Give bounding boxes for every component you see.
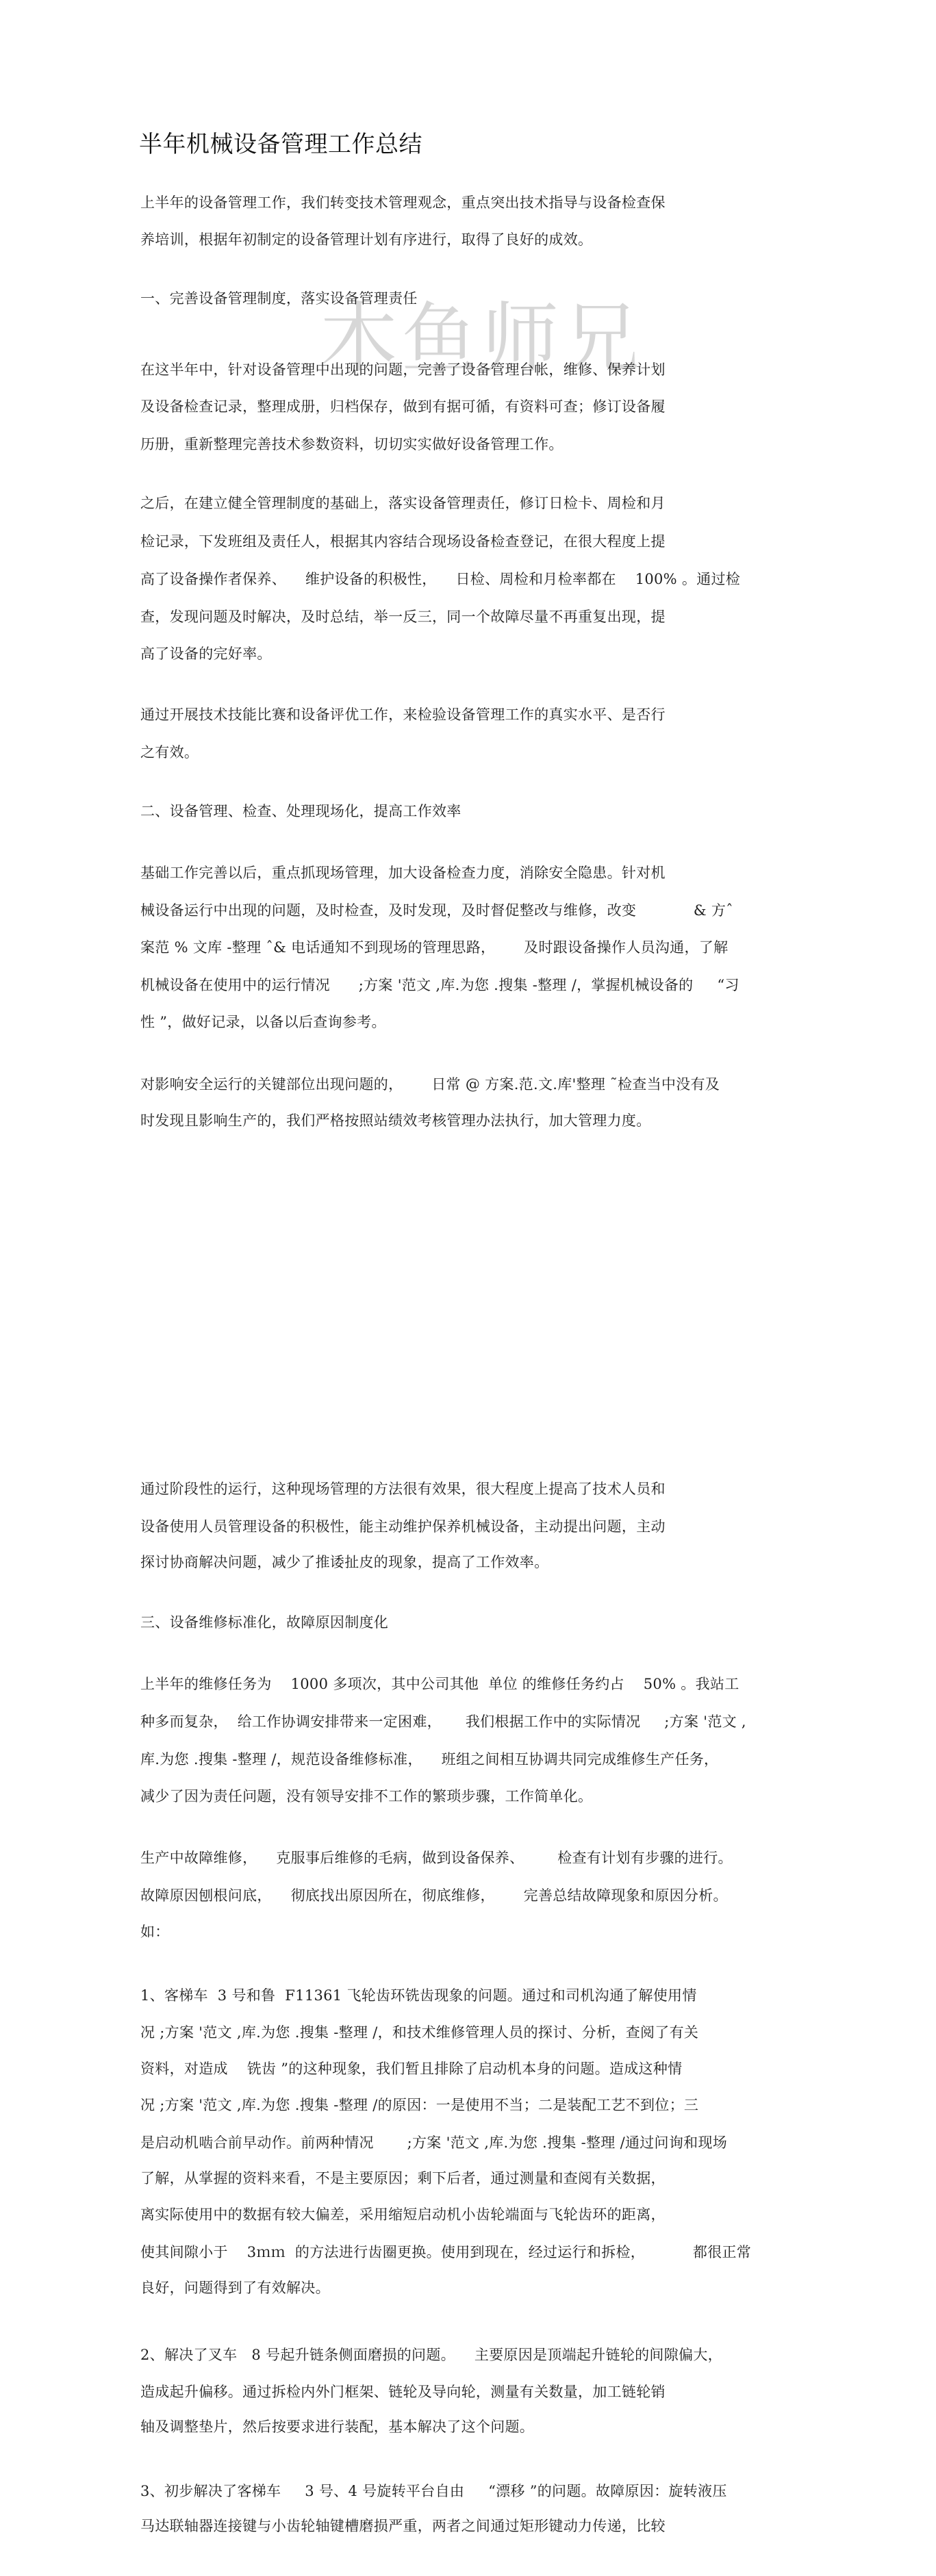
paragraph-6-line-2: 时发现且影响生产的，我们严格按照站绩效考核管理办法执行，加大管理力度。	[140, 1112, 651, 1130]
paragraph-7-line-1: 通过阶段性的运行，这种现场管理的方法很有效果，很大程度上提高了技术人员和	[140, 1480, 666, 1498]
paragraph-3-line-1: 之后，在建立健全管理制度的基础上，落实设备管理责任，修订日检卡、周检和月	[140, 494, 666, 512]
item-1-line-6: 了解，从掌握的资料来看，不是主要原因；剩下后者，通过测量和查阅有关数据，	[140, 2169, 666, 2187]
paragraph-8-line-4: 减少了因为责任问题，没有领导安排不工作的繁琐步骤，工作简单化。	[140, 1787, 592, 1805]
section-heading-3: 三、设备维修标准化，故障原因制度化	[140, 1614, 388, 1631]
paragraph-8-line-3: 库.为您 .搜集 -整理 /，规范设备维修标准， 班组之间相互协调共同完成维修生…	[140, 1750, 718, 1768]
item-1-line-9: 良好，问题得到了有效解决。	[140, 2279, 330, 2297]
paragraph-7-line-2: 设备使用人员管理设备的积极性，能主动维护保养机械设备，主动提出问题，主动	[140, 1518, 666, 1535]
item-1-line-7: 离实际使用中的数据有较大偏差，采用缩短启动机小齿轮端面与飞轮齿环的距离，	[140, 2206, 666, 2223]
paragraph-2-line-3: 历册，重新整理完善技术参数资料，切切实实做好设备管理工作。	[140, 435, 564, 453]
paragraph-3-line-3: 高了设备操作者保养、 维护设备的积极性， 日检、周检和月检率都在 100% 。通…	[140, 570, 740, 588]
paragraph-4-line-2: 之有效。	[140, 743, 199, 761]
item-2-line-2: 造成起升偏移。通过拆检内外门框架、链轮及导向轮，测量有关数量，加工链轮销	[140, 2383, 666, 2401]
paragraph-5-line-3: 案范 % 文库 -整理 ˆ& 电话通知不到现场的管理思路， 及时跟设备操作人员沟…	[140, 939, 728, 956]
paragraph-8-line-2: 种多而复杂， 给工作协调安排带来一定困难， 我们根据工作中的实际情况 ;方案 '…	[140, 1713, 746, 1731]
document-content: 半年机械设备管理工作总结 上半年的设备管理工作，我们转变技术管理观念，重点突出技…	[0, 0, 936, 2576]
paragraph-9-line-3: 如：	[140, 1923, 170, 1941]
paragraph-3-line-4: 查，发现问题及时解决，及时总结，举一反三，同一个故障尽量不再重复出现，提	[140, 608, 666, 626]
paragraph-8-line-1: 上半年的维修任务为 1000 多项次，其中公司其他 单位 的维修任务约占 50%…	[140, 1675, 739, 1693]
paragraph-5-line-1: 基础工作完善以后，重点抓现场管理，加大设备检查力度，消除安全隐患。针对机	[140, 864, 666, 882]
item-2-line-1: 2、解决了叉车 8 号起升链条侧面磨损的问题。 主要原因是顶端起升链轮的间隙偏大…	[140, 2346, 722, 2364]
item-1-line-2: 况 ;方案 '范文 ,库.为您 .搜集 -整理 /，和技术维修管理人员的探讨、分…	[140, 2024, 698, 2041]
paragraph-4-line-1: 通过开展技术技能比赛和设备评优工作，来检验设备管理工作的真实水平、是否行	[140, 706, 666, 724]
paragraph-7-line-3: 探讨协商解决问题，减少了推诿扯皮的现象，提高了工作效率。	[140, 1553, 548, 1571]
item-1-line-8: 使其间隙小于 3ｍｍ 的方法进行齿圈更换。使用到现在，经过运行和拆检， 都很正常	[140, 2243, 751, 2261]
paragraph-2-line-1: 在这半年中，针对设备管理中出现的问题，完善了设备管理台帐，维修、保养计划	[140, 361, 666, 379]
section-heading-1: 一、完善设备管理制度，落实设备管理责任	[140, 290, 418, 307]
paragraph-5-line-4: 机械设备在使用中的运行情况 ;方案 '范文 ,库.为您 .搜集 -整理 /，掌握…	[140, 976, 739, 994]
section-heading-2: 二、设备管理、检查、处理现场化，提高工作效率	[140, 802, 461, 820]
paragraph-9-line-1: 生产中故障维修， 克服事后维修的毛病，做到设备保养、 检查有计划有步骤的进行。	[140, 1849, 733, 1867]
item-3-line-1: 3、初步解决了客梯车 3 号、4 号旋转平台自由 “漂移 ”的问题。故障原因：旋…	[140, 2482, 727, 2500]
paragraph-1-line-2: 养培训，根据年初制定的设备管理计划有序进行，取得了良好的成效。	[140, 231, 592, 248]
paragraph-9-line-2: 故障原因刨根问底， 彻底找出原因所在，彻底维修， 完善总结故障现象和原因分析。	[140, 1887, 728, 1904]
paragraph-3-line-5: 高了设备的完好率。	[140, 645, 272, 663]
paragraph-1-line-1: 上半年的设备管理工作，我们转变技术管理观念，重点突出技术指导与设备检查保	[140, 194, 666, 212]
document-title: 半年机械设备管理工作总结	[139, 130, 422, 159]
item-1-line-5: 是启动机啮合前早动作。前两种情况 ;方案 '范文 ,库.为您 .搜集 -整理 /…	[140, 2134, 727, 2152]
paragraph-3-line-2: 检记录，下发班组及责任人，根据其内容结合现场设备检查登记，在很大程度上提	[140, 533, 666, 550]
item-1-line-3: 资料，对造成 铣齿 ”的这种现象，我们暂且排除了启动机本身的问题。造成这种情	[140, 2060, 682, 2078]
paragraph-5-line-5: 性 ”，做好记录，以备以后查询参考。	[140, 1013, 386, 1031]
item-3-line-2: 马达联轴器连接键与小齿轮轴键槽磨损严重，两者之间通过矩形键动力传递，比较	[140, 2517, 666, 2535]
item-1-line-1: 1、客梯车 3 号和鲁 F11361 飞轮齿环铣齿现象的问题。通过和司机沟通了解…	[140, 1987, 697, 2004]
paragraph-2-line-2: 及设备检查记录，整理成册，归档保存，做到有据可循，有资料可查；修订设备履	[140, 398, 666, 416]
item-2-line-3: 轴及调整垫片，然后按要求进行装配，基本解决了这个问题。	[140, 2418, 534, 2436]
paragraph-6-line-1: 对影响安全运行的关键部位出现问题的， 日常 @ 方案.范.文.库'整理 ˜检查当…	[140, 1075, 720, 1093]
paragraph-5-line-2: 械设备运行中出现的问题，及时检查，及时发现，及时督促整改与维修，改变 & 方ˆ	[140, 902, 733, 919]
item-1-line-4: 况 ;方案 '范文 ,库.为您 .搜集 -整理 /的原因：一是使用不当；二是装配…	[140, 2096, 698, 2114]
document-page: 木鱼师兄 半年机械设备管理工作总结 上半年的设备管理工作，我们转变技术管理观念，…	[0, 0, 936, 2576]
